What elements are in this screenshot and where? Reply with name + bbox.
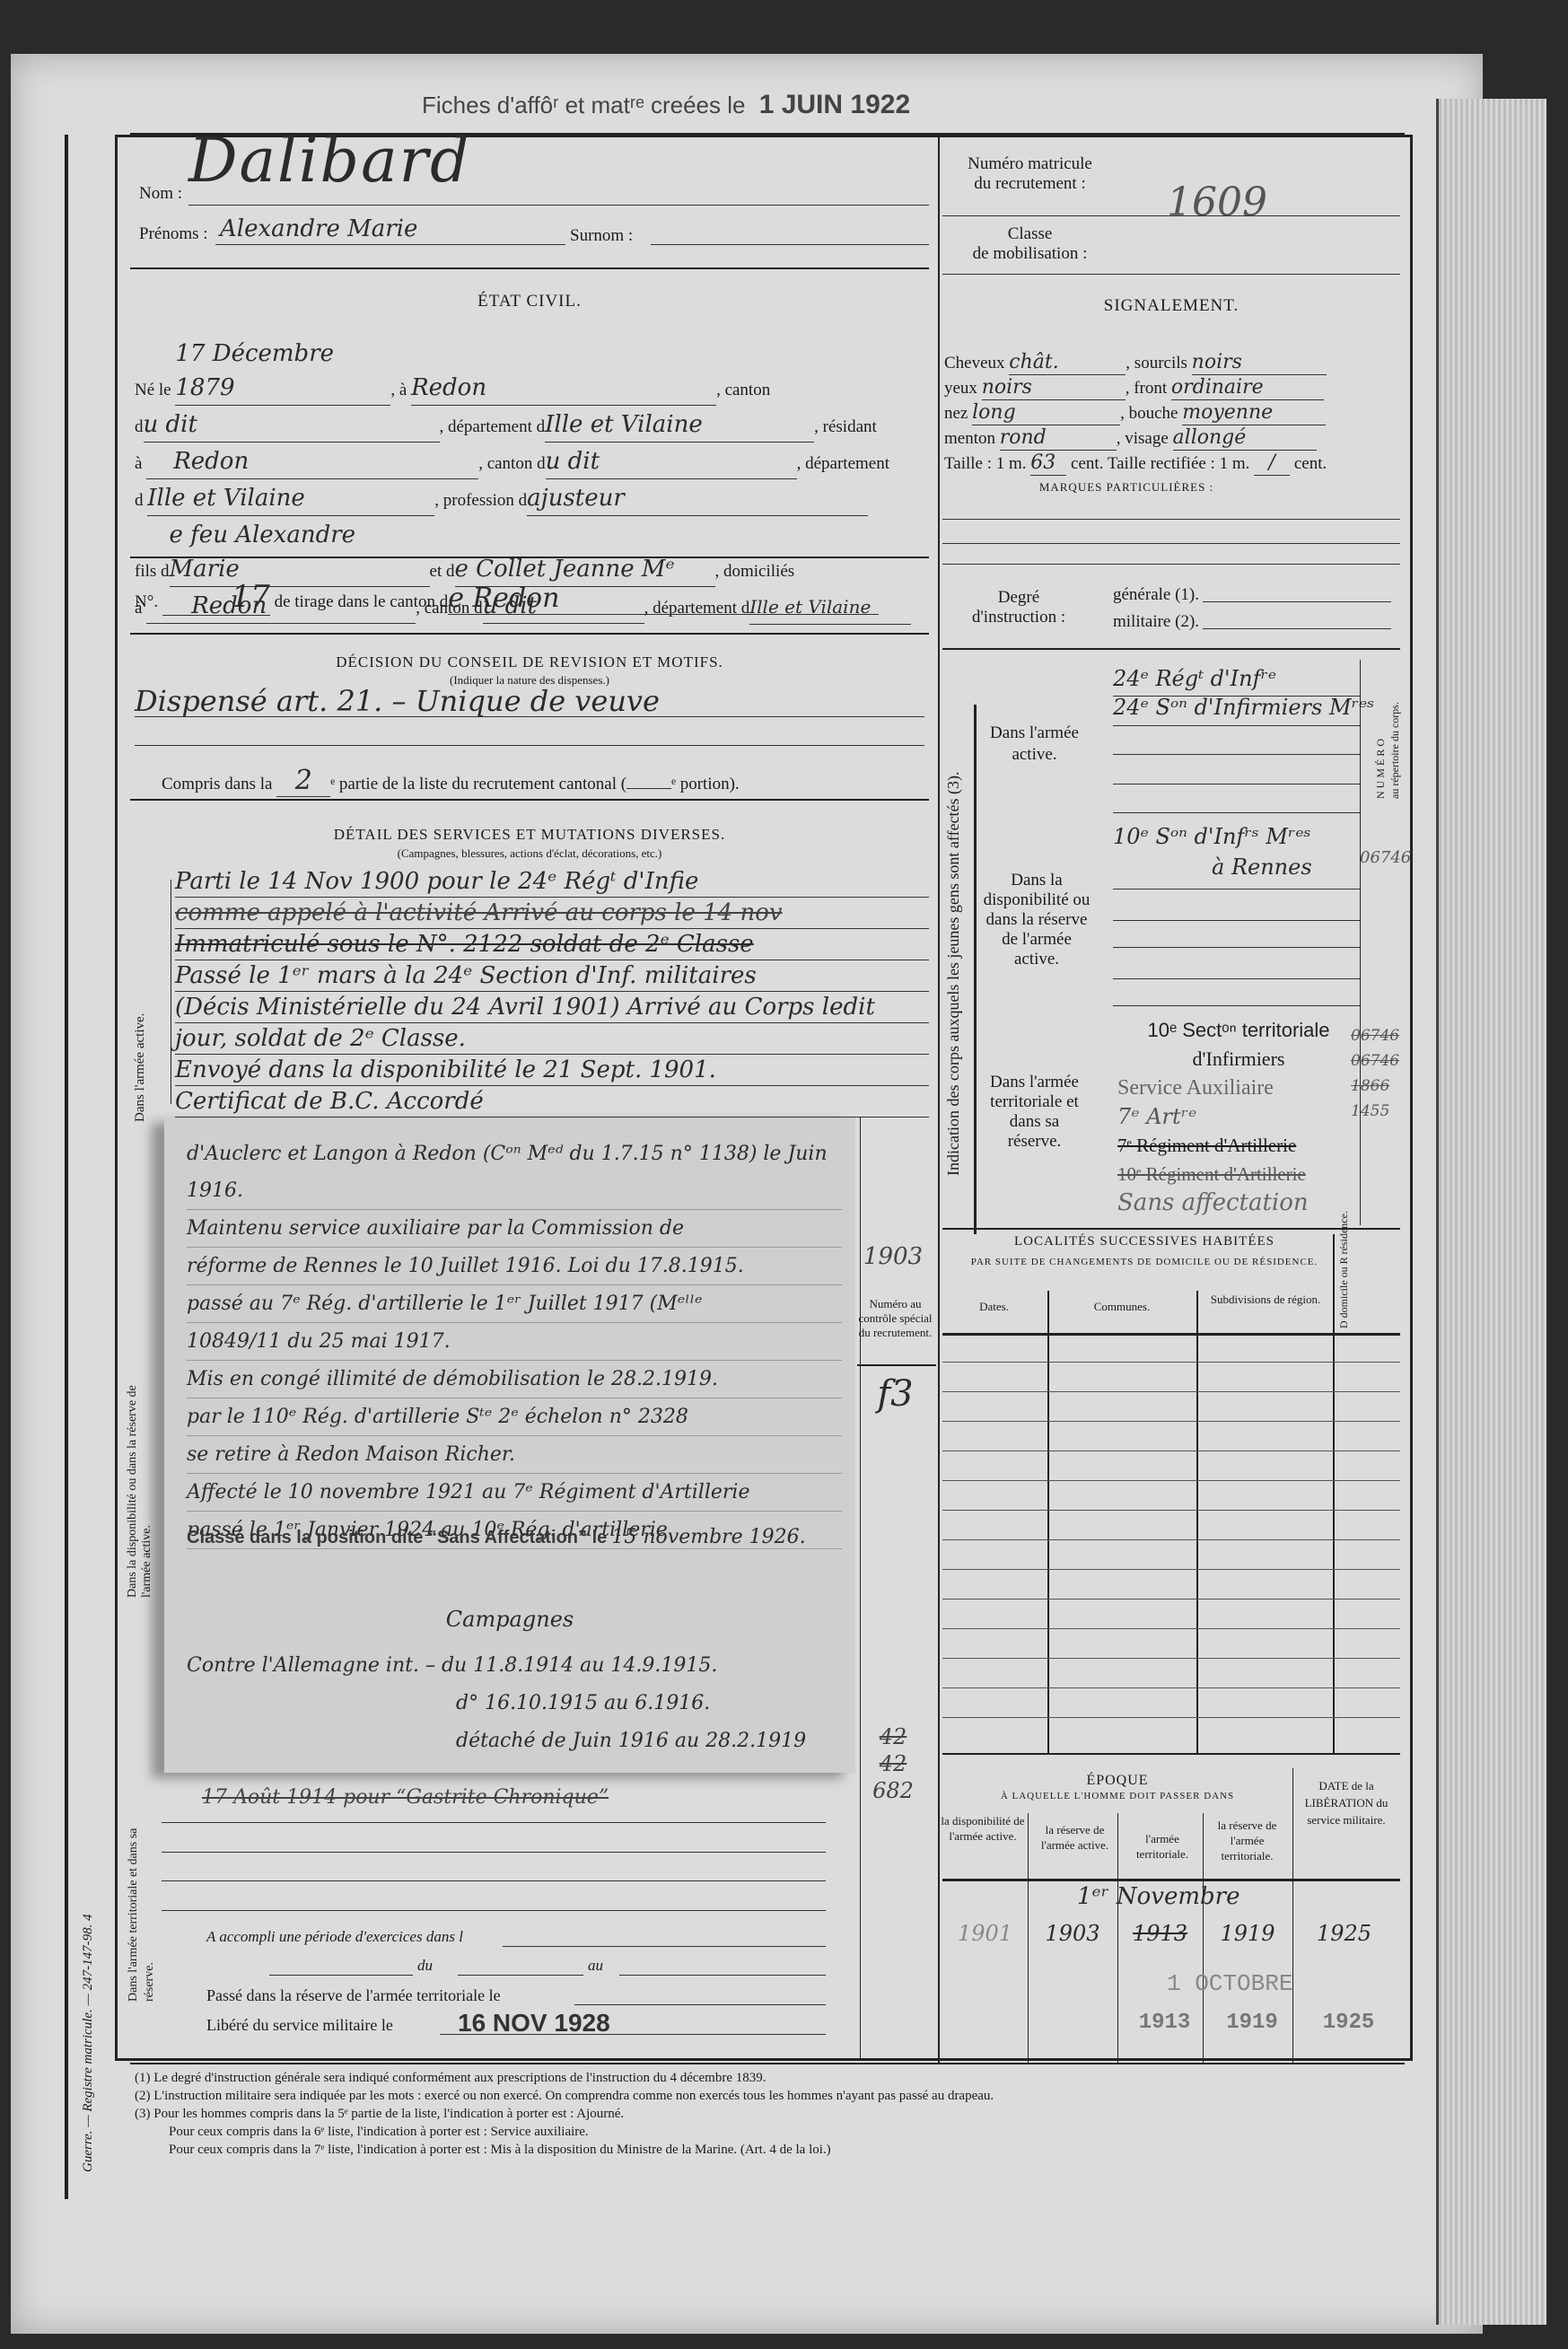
corps-territoriale-entry: 10ᵉ Régiment d'Artillerie [1117, 1160, 1360, 1188]
residence-canton-label: , canton d [478, 454, 545, 473]
tirage-canton-value: e Redon [448, 583, 879, 615]
corps-territoriale-entry: 7ᵉ Régiment d'Artillerie [1117, 1131, 1360, 1160]
marques-line-2 [942, 543, 1400, 544]
corps-active-entry: 24ᵉ Régᵗ d'Infʳᵉ [1113, 664, 1374, 693]
epoque-value-territoriale: 1913 [1117, 1921, 1203, 1946]
corps-territoriale-number: 1866 [1351, 1074, 1399, 1099]
side-number: 42 [848, 1750, 938, 1777]
pasted-entry: passé au 7ᵉ Rég. d'artillerie le 1ᵉʳ Jui… [187, 1285, 842, 1323]
creation-stamp-text: Fiches d'affôʳ et matʳᵉ creées le [422, 92, 745, 118]
nom-value: Dalibard [188, 126, 471, 197]
creation-stamp: Fiches d'affôʳ et matʳᵉ creées le 1 JUIN… [422, 90, 910, 120]
canton-prefix: d [135, 417, 144, 436]
canton-label: , canton [716, 381, 770, 399]
services-line [162, 1910, 826, 1911]
services-subtitle: (Campagnes, blessures, actions d'éclat, … [130, 846, 929, 861]
decision-line [135, 745, 924, 746]
nom-label: Nom : [139, 184, 182, 204]
footnotes: (1) Le degré d'instruction générale sera… [135, 2069, 1391, 2159]
footnote: Pour ceux compris dans la 6ᵉ liste, l'in… [135, 2123, 1391, 2141]
pasted-entry: Maintenu service auxiliaire par la Commi… [187, 1210, 842, 1248]
corps-numero-header-line2: au répertoire du corps. [1388, 702, 1402, 799]
reserve-territoriale-line [574, 2004, 826, 2005]
corps-territoriale-number: 06746 [1351, 1048, 1399, 1074]
localites-col-communes: Communes. [1055, 1300, 1189, 1314]
instruction-militaire-line [1203, 628, 1391, 629]
corps-disponibilite-line [1113, 978, 1360, 979]
classe-divider [942, 274, 1400, 275]
instruction-divider [942, 648, 1400, 650]
campagnes-title: Campagnes [164, 1607, 855, 1632]
sourcils-value: noirs [1192, 350, 1327, 375]
epoque-value-reserve-active: 1903 [1028, 1921, 1117, 1946]
corps-territoriale-entry: Sans affectation [1117, 1188, 1360, 1217]
marques-line-1 [942, 519, 1400, 520]
tirage-row: N°. 17 de tirage dans le canton de Redon [135, 579, 929, 616]
birth-place-label: , à [390, 381, 407, 399]
matricule-divider [942, 215, 1400, 216]
corps-disponibilite-number: 06746 [1360, 848, 1411, 867]
profession-label: , profession d [434, 491, 527, 510]
fils-label: fils d [135, 562, 170, 581]
residence-departement-label: , département [797, 454, 889, 473]
matricule-label: Numéro matricule du recrutement : [947, 154, 1113, 194]
yeux-label: yeux [944, 379, 977, 398]
corps-territoriale-entries: 10ᵉ Sectᵒⁿ territoriale d'Infirmiers Ser… [1117, 1016, 1360, 1217]
epoque-value-liberation: 1925 [1292, 1921, 1396, 1946]
exercices-du-value-line [458, 1975, 583, 1976]
services-line [162, 1822, 826, 1823]
corps-numero-header: NUMÉRO au répertoire du corps. [1373, 702, 1402, 799]
pasted-slip: d'Auclerc et Langon à Redon (Cᵒⁿ Mᵉᵈ du … [164, 1118, 855, 1773]
corps-disponibilite-line [1113, 889, 1360, 890]
cent-label: cent. [1294, 454, 1327, 473]
footnote: Pour ceux compris dans la 7ᵉ liste, l'in… [135, 2141, 1391, 2159]
corps-territoriale-entry: 7ᵉ Artʳᵉ [1117, 1102, 1360, 1131]
residence-a-label: à [135, 454, 142, 473]
corps-disponibilite-line [1113, 920, 1360, 921]
prenoms-label: Prénoms : [139, 224, 208, 244]
side-number: 42 [848, 1723, 938, 1750]
exercices-du-line [269, 1975, 413, 1976]
services-vertical-disponibilite: Dans la disponibilité ou dans la réserve… [126, 1355, 154, 1598]
surnom-label: Surnom : [570, 226, 633, 246]
nom-line [188, 205, 929, 206]
campagne-entry: Contre l'Allemagne int. – du 11.8.1914 a… [187, 1647, 842, 1685]
corps-disponibilite-line [1113, 1005, 1360, 1006]
pasted-entry: 10849/11 du 25 mai 1917. [187, 1323, 842, 1361]
localites-col-domicile: D domicile ou R résidence. [1337, 1257, 1351, 1328]
compris-value: 2 [276, 765, 330, 797]
corps-number-divider [1360, 660, 1361, 1225]
service-entry: Passé le 1ᵉʳ mars à la 24ᵉ Section d'Inf… [175, 960, 929, 992]
front-label: , front [1126, 379, 1167, 398]
decision-title: DÉCISION DU CONSEIL DE REVISION ET MOTIF… [130, 653, 929, 671]
corps-divider [942, 1228, 1400, 1230]
ne-le-value: 17 Décembre 1879 [175, 337, 390, 406]
birth-place-value: Redon [411, 371, 716, 406]
profession-value: ajusteur [527, 481, 868, 516]
controle-rule [857, 1364, 936, 1366]
libere-stamp: 16 NOV 1928 [458, 2009, 610, 2038]
campagnes-entries: Contre l'Allemagne int. – du 11.8.1914 a… [187, 1647, 842, 1760]
menton-label: menton [944, 429, 995, 448]
matricule-value: 1609 [1167, 180, 1267, 225]
compris-label-3: ᵉ portion). [671, 775, 740, 793]
localites-divider [942, 1753, 1400, 1755]
exercices-au-line [619, 1975, 826, 1976]
corps-brace [974, 705, 977, 1234]
epoque-subtitle: À LAQUELLE L'HOMME DOIT PASSER DANS [938, 1791, 1297, 1801]
tirage-no-value: 17 [162, 579, 270, 616]
pasted-entry: par le 110ᵉ Rég. d'artillerie Sᵗᵉ 2ᵉ éch… [187, 1398, 842, 1436]
controle-value: f3 [853, 1373, 938, 1415]
classe-stamp-row: Classé dans la position dite “Sans Affec… [187, 1526, 851, 1548]
exercices-label: A accompli une période d'exercices dans … [206, 1928, 463, 1946]
matricule-label-line1: Numéro matricule [947, 154, 1113, 174]
epoque-values: 1901 1903 1913 1919 1925 [942, 1921, 1400, 1946]
service-entry: jour, soldat de 2ᵉ Classe. [175, 1023, 929, 1055]
corps-territoriale-entry: Service Auxiliaire [1117, 1074, 1360, 1102]
epoque-title: ÉPOQUE [938, 1773, 1297, 1789]
instruction-generale-label: générale (1). [1113, 585, 1199, 605]
corps-active-line [1113, 725, 1360, 726]
et-label: et d [430, 562, 455, 581]
left-border-line [65, 135, 68, 2199]
epoque-value-reserve-territoriale: 1919 [1203, 1921, 1292, 1946]
reserve-territoriale-label: Passé dans la réserve de l'armée territo… [206, 1986, 501, 2005]
side-numbers-bottom: 42 42 682 [848, 1723, 938, 1804]
service-entry: comme appelé à l'activité Arrivé au corp… [175, 898, 929, 929]
tirage-label: de tirage dans le canton d [275, 592, 449, 611]
corps-disponibilite-entries: 10ᵉ Sᵒⁿ d'Infʳˢ Mʳᵉˢ à Rennes [1113, 821, 1312, 882]
corps-territoriale-entry: d'Infirmiers [1117, 1045, 1360, 1074]
corps-disponibilite-entry: 10ᵉ Sᵒⁿ d'Infʳˢ Mʳᵉˢ [1113, 821, 1312, 852]
service-entry: (Décis Ministérielle du 24 Avril 1901) A… [175, 992, 929, 1023]
services-entries: Parti le 14 Nov 1900 pour le 24ᵉ Régᵗ d'… [175, 866, 929, 1118]
service-entry: Immatriculé sous le N°. 2122 soldat de 2… [175, 929, 929, 960]
decision-value: Dispensé art. 21. – Unique de veuve [135, 684, 660, 718]
epoque-stamp-value: 1925 [1297, 2011, 1400, 2035]
decision-line [135, 716, 924, 717]
epoque-date-line: 1ᵉʳ Novembre [1077, 1883, 1240, 1910]
departement-value: Ille et Vilaine [545, 408, 814, 443]
epoque-col-reserve-territoriale: la réserve de l'armée territoriale. [1204, 1818, 1290, 1863]
compris-row: Compris dans la 2ᵉ partie de la liste du… [162, 765, 740, 797]
services-title: DÉTAIL DES SERVICES ET MUTATIONS DIVERSE… [130, 826, 929, 844]
service-entry: Parti le 14 Nov 1900 pour le 24ᵉ Régᵗ d'… [175, 866, 929, 898]
surnom-line [651, 244, 929, 245]
services-brace [171, 880, 171, 1104]
pasted-entry: Affecté le 10 novembre 1921 au 7ᵉ Régime… [187, 1474, 842, 1512]
tirage-no-label: N°. [135, 592, 158, 611]
corps-territoriale-number: 06746 [1351, 1023, 1399, 1048]
instruction-label-line1: Degré [960, 588, 1077, 608]
epoque-stamp-value: 1913 [1122, 2011, 1207, 2035]
localites-col-dates: Dates. [942, 1300, 1046, 1314]
nez-value: long [972, 400, 1120, 425]
visage-value: allongé [1173, 425, 1317, 451]
exercices-du-label: du [417, 1957, 433, 1975]
tirage-divider [130, 633, 929, 635]
signalement-title: SIGNALEMENT. [947, 296, 1396, 316]
pasted-entry: réforme de Rennes le 10 Juillet 1916. Lo… [187, 1248, 842, 1285]
etat-civil-title: ÉTAT CIVIL. [130, 292, 929, 311]
classe-label: Classe de mobilisation : [947, 224, 1113, 264]
campagne-entry: d° 16.10.1915 au 6.1916. [187, 1685, 842, 1722]
marques-label: MARQUES PARTICULIÈRES : [947, 480, 1306, 495]
pasted-slip-entries: d'Auclerc et Langon à Redon (Cᵒⁿ Mᵉᵈ du … [187, 1135, 842, 1549]
footnote: (2) L'instruction militaire sera indiqué… [135, 2087, 1391, 2105]
nez-label: nez [944, 404, 968, 423]
footnote: (3) Pour les hommes compris dans la 5ᵉ p… [135, 2105, 1391, 2123]
corps-disponibilite-line [1113, 947, 1360, 948]
localites-title: LOCALITÉS SUCCESSIVES HABITÉES [947, 1234, 1342, 1249]
campagne-entry: détaché de Juin 1916 au 28.2.1919 [187, 1722, 842, 1760]
header-divider [130, 267, 929, 269]
corps-territoriale-entry: 10ᵉ Sectᵒⁿ territoriale [1117, 1016, 1360, 1045]
menton-value: rond [1000, 425, 1117, 451]
compris-label-2: ᵉ partie de la liste du recrutement cant… [330, 775, 626, 793]
residence-value: Redon [146, 444, 478, 479]
father-value: e feu Alexandre Marie [170, 518, 430, 587]
classe-stamp-date: 15 novembre 1926. [611, 1526, 805, 1548]
services-line [162, 1852, 826, 1853]
signalement-block: Cheveux chât., sourcils noirs yeux noirs… [944, 350, 1402, 476]
service-entry: Envoyé dans la disponibilité le 21 Sept.… [175, 1055, 929, 1086]
services-vertical-territoriale: Dans l'armée territoriale et dans sa rés… [126, 1804, 158, 2002]
cheveux-label: Cheveux [944, 354, 1005, 373]
corps-numero-header-line1: NUMÉRO [1373, 702, 1388, 799]
epoque-header-rule [942, 1879, 1400, 1881]
instruction-label: Degré d'instruction : [960, 588, 1077, 627]
visage-label: , visage [1117, 429, 1169, 448]
epoque-col-liberation: DATE de la LIBÉRATION du service militai… [1297, 1777, 1396, 1828]
bouche-label: , bouche [1120, 404, 1178, 423]
bouche-value: moyenne [1182, 400, 1326, 425]
side-number: 1903 [848, 1243, 938, 1270]
departement-label: , département d [440, 417, 546, 436]
printer-imprint: Guerre. — Registre matricule. — 247-147-… [81, 1914, 96, 2172]
instruction-label-line2: d'instruction : [960, 608, 1077, 627]
etat-civil-divider [130, 557, 929, 558]
corps-disponibilite-entry: à Rennes [1113, 852, 1312, 882]
residence-departement-prefix: d [135, 491, 144, 510]
sourcils-label: , sourcils [1126, 354, 1187, 373]
compris-label: Compris dans la [162, 775, 273, 793]
classe-stamp-text: Classé dans la position dite “Sans Affec… [187, 1528, 607, 1547]
prenoms-value: Alexandre Marie [220, 215, 417, 242]
corps-active-line [1113, 696, 1360, 697]
book-page-edges [1436, 99, 1546, 2325]
exercices-line [503, 1946, 826, 1947]
marques-line-3 [942, 564, 1400, 565]
corps-active-line [1113, 812, 1360, 813]
footnote: (1) Le degré d'instruction générale sera… [135, 2069, 1391, 2087]
footnotes-divider [130, 2063, 1405, 2064]
corps-territoriale-numbers: 06746 06746 1866 1455 [1351, 1023, 1399, 1124]
yeux-value: noirs [982, 375, 1126, 400]
decision-divider [130, 799, 929, 801]
residence-departement-value: Ille et Vilaine [147, 481, 434, 516]
residence-canton-value: u dit [546, 444, 797, 479]
residant-label: , résidant [814, 417, 877, 436]
domicilies-label: , domiciliés [715, 562, 795, 581]
services-line [162, 1880, 826, 1881]
corps-vertical-label: Indication des corps auxquels les jeunes… [944, 771, 963, 1176]
epoque-col-disponibilite: la disponibilité de l'armée active. [938, 1813, 1028, 1844]
ne-le-label: Né le [135, 381, 171, 399]
epoque-stamp-value: 1919 [1207, 2011, 1297, 2035]
prenoms-line [215, 244, 565, 245]
taille-label: Taille : 1 m. [944, 454, 1027, 473]
localites-subtitle: PAR SUITE DE CHANGEMENTS DE DOMICILE OU … [947, 1257, 1342, 1267]
scan-background [0, 0, 1568, 54]
taille-rectifiee-label: cent. Taille rectifiée : 1 m. [1071, 454, 1249, 473]
libere-label: Libéré du service militaire le [206, 2016, 393, 2035]
exercices-au-label: au [588, 1957, 603, 1975]
corps-active-entries: 24ᵉ Régᵗ d'Infʳᵉ 24ᵉ Sᵒⁿ d'Infirmiers Mʳ… [1113, 664, 1374, 722]
pasted-entry: d'Auclerc et Langon à Redon (Cᵒⁿ Mᵉᵈ du … [187, 1135, 842, 1210]
localites-ruled-rows [942, 1333, 1400, 1746]
corps-active-label: Dans l'armée active. [983, 723, 1086, 766]
creation-stamp-date: 1 JUIN 1922 [759, 90, 910, 119]
epoque-col-reserve-active: la réserve de l'armée active. [1032, 1822, 1117, 1853]
corps-disponibilite-label: Dans la disponibilité ou dans la réserve… [983, 871, 1091, 969]
service-entry: Certificat de B.C. Accordé [175, 1086, 929, 1118]
corps-active-line [1113, 784, 1360, 784]
front-value: ordinaire [1171, 375, 1324, 400]
services-vertical-active: Dans l'armée active. [133, 1013, 148, 1122]
classe-label-line1: Classe [947, 224, 1113, 244]
epoque-stamp-month: 1 OCTOBRE [1167, 1970, 1292, 1997]
localites-col-subdivisions: Subdivisions de région. [1203, 1293, 1328, 1307]
pasted-entry: se retire à Redon Maison Richer. [187, 1436, 842, 1474]
cheveux-value: chât. [1009, 350, 1126, 375]
matricule-label-line2: du recrutement : [947, 174, 1113, 194]
corps-territoriale-label: Dans l'armée territoriale et dans sa rés… [983, 1073, 1086, 1152]
canton-value: u dit [144, 408, 440, 443]
epoque-value-disponibilite: 1901 [942, 1921, 1028, 1946]
side-number: 682 [848, 1777, 938, 1804]
corps-active-entry: 24ᵉ Sᵒⁿ d'Infirmiers Mʳᵉˢ [1113, 693, 1374, 722]
epoque-col-territoriale: l'armée territoriale. [1122, 1831, 1203, 1862]
classe-label-line2: de mobilisation : [947, 244, 1113, 264]
instruction-militaire-label: militaire (2). [1113, 612, 1199, 632]
taille-rectifiee-value: / [1254, 451, 1290, 476]
epoque-stamp-values: 1913 1919 1925 [1122, 2011, 1400, 2035]
pasted-entry: Mis en congé illimité de démobilisation … [187, 1361, 842, 1398]
taille-value: 63 [1030, 451, 1066, 476]
corps-territoriale-number: 1455 [1351, 1099, 1399, 1124]
struck-entry: 17 Août 1914 pour “Gastrite Chronique” [202, 1786, 609, 1809]
corps-active-line [1113, 754, 1360, 755]
controle-label: Numéro au contrôle spécial du recrutemen… [853, 1297, 938, 1340]
instruction-generale-line [1203, 601, 1391, 602]
